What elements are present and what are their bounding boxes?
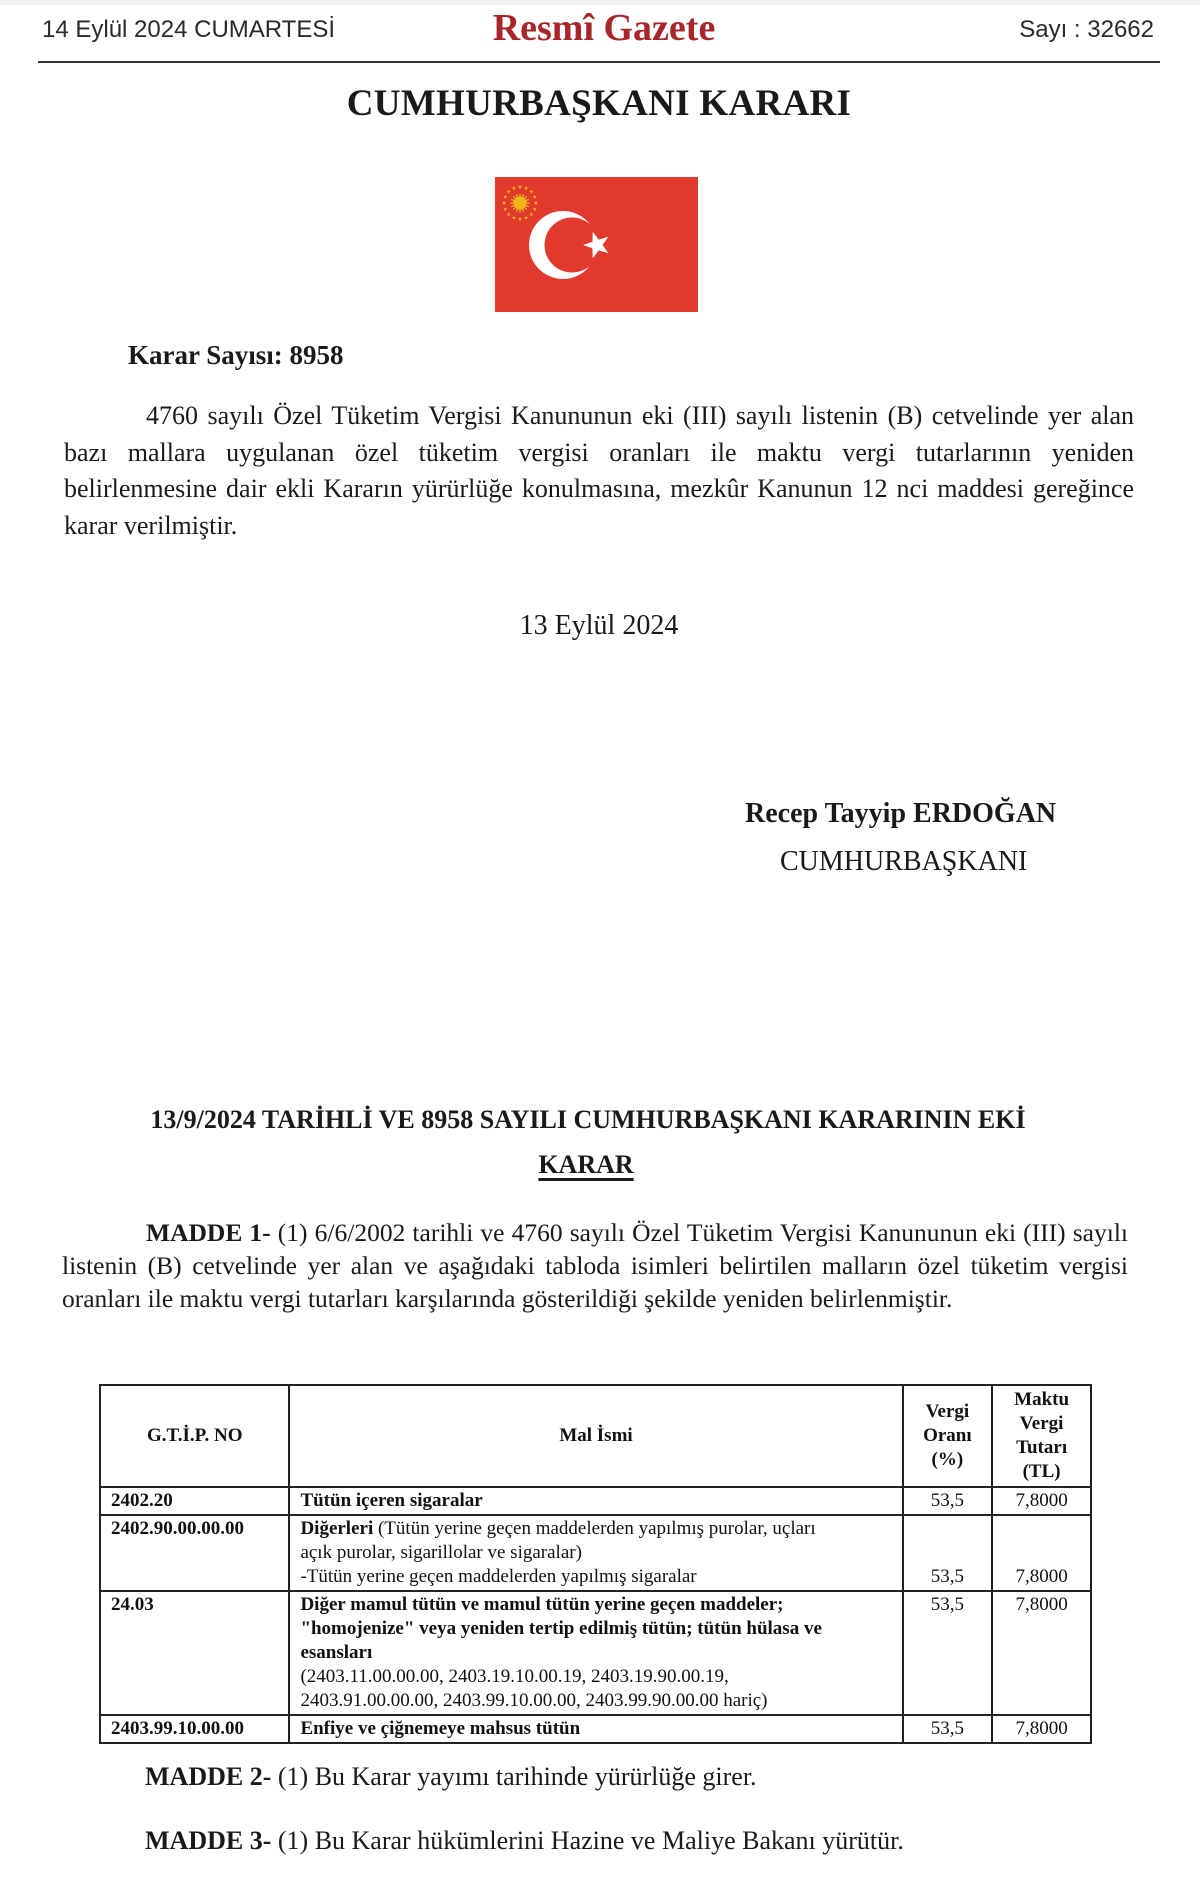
article-1-label: MADDE 1-	[146, 1218, 271, 1247]
cell-mal-ismi: Enfiye ve çiğnemeye mahsus tütün	[289, 1715, 902, 1743]
header-maktu-line: Vergi	[997, 1412, 1086, 1436]
table-header-row: G.T.İ.P. NO Mal İsmi Vergi Oranı (%) Mak…	[100, 1385, 1091, 1487]
cell-maktu: 7,8000	[992, 1715, 1091, 1743]
annex-title: 13/9/2024 TARİHLİ VE 8958 SAYILI CUMHURB…	[0, 1105, 1176, 1135]
article-2-label: MADDE 2-	[145, 1762, 271, 1791]
cell-gtip: 2402.90.00.00.00	[100, 1515, 289, 1591]
cell-maktu: 7,8000	[992, 1591, 1091, 1715]
cell-gtip: 2402.20	[100, 1487, 289, 1515]
article-2: MADDE 2- (1) Bu Karar yayımı tarihinde y…	[145, 1762, 757, 1792]
tax-rates-table: G.T.İ.P. NO Mal İsmi Vergi Oranı (%) Mak…	[99, 1384, 1092, 1744]
signatory-title: CUMHURBAŞKANI	[780, 846, 1027, 878]
cell-mal-ismi-bold: Tütün içeren sigaralar	[300, 1490, 482, 1511]
cell-gtip: 2403.99.10.00.00	[100, 1715, 289, 1743]
issue-number: Sayı : 32662	[1019, 16, 1154, 44]
article-1: MADDE 1- (1) 6/6/2002 tarihli ve 4760 sa…	[62, 1216, 1128, 1315]
cell-mal-ismi-bold: Diğerleri	[300, 1518, 373, 1539]
table-row: 2402.20 Tütün içeren sigaralar 53,5 7,80…	[100, 1487, 1091, 1515]
cell-maktu: 7,8000	[992, 1515, 1091, 1591]
cell-vergi-orani: 53,5	[903, 1487, 993, 1515]
table-row: 2403.99.10.00.00 Enfiye ve çiğnemeye mah…	[100, 1715, 1091, 1743]
cell-mal-ismi-subitem: -Tütün yerine geçen maddelerden yapılmış…	[300, 1565, 891, 1589]
header-vergi-orani: Vergi Oranı (%)	[903, 1385, 993, 1487]
cell-mal-ismi-main: Diğerleri (Tütün yerine geçen maddelerde…	[300, 1517, 891, 1565]
cell-mal-ismi-bold: Enfiye ve çiğnemeye mahsus tütün	[300, 1718, 580, 1739]
cell-mal-ismi: Diğer mamul tütün ve mamul tütün yerine …	[289, 1591, 902, 1715]
article-2-text: (1) Bu Karar yayımı tarihinde yürürlüğe …	[271, 1762, 756, 1791]
top-strip	[0, 0, 1200, 5]
cell-mal-ismi-bold: Diğer mamul tütün ve mamul tütün yerine …	[300, 1594, 821, 1663]
decision-number: Karar Sayısı: 8958	[128, 340, 344, 371]
cell-mal-ismi-rest: (Tütün yerine geçen maddelerden yapılmış…	[300, 1518, 815, 1563]
header-maktu-line: (TL)	[997, 1460, 1086, 1484]
cell-gtip: 24.03	[100, 1591, 289, 1715]
header-maktu-line: Tutarı	[997, 1436, 1086, 1460]
turkish-presidential-flag-icon	[495, 177, 698, 312]
table-row: 24.03 Diğer mamul tütün ve mamul tütün y…	[100, 1591, 1091, 1715]
cell-maktu: 7,8000	[992, 1487, 1091, 1515]
cell-mal-ismi: Diğerleri (Tütün yerine geçen maddelerde…	[289, 1515, 902, 1591]
cell-vergi-orani: 53,5	[903, 1715, 993, 1743]
header-vergi-orani-line: Vergi	[908, 1400, 988, 1424]
document-title: CUMHURBAŞKANI KARARI	[0, 82, 1198, 125]
header-divider	[38, 61, 1160, 63]
header-vergi-orani-line: Oranı	[908, 1424, 988, 1448]
table-row: 2402.90.00.00.00 Diğerleri (Tütün yerine…	[100, 1515, 1091, 1591]
article-3: MADDE 3- (1) Bu Karar hükümlerini Hazine…	[145, 1826, 904, 1856]
header-mal-ismi: Mal İsmi	[289, 1385, 902, 1487]
cell-vergi-orani: 53,5	[903, 1591, 993, 1715]
signatory-name: Recep Tayyip ERDOĞAN	[745, 798, 1056, 830]
article-3-text: (1) Bu Karar hükümlerini Hazine ve Maliy…	[271, 1826, 903, 1855]
header-gtip: G.T.İ.P. NO	[100, 1385, 289, 1487]
header-maktu-line: Maktu	[997, 1388, 1086, 1412]
article-3-label: MADDE 3-	[145, 1826, 271, 1855]
decision-date: 13 Eylül 2024	[0, 610, 1198, 642]
cell-mal-ismi: Tütün içeren sigaralar	[289, 1487, 902, 1515]
annex-subtitle: KARAR	[0, 1150, 1172, 1180]
cell-mal-ismi-exceptions: (2403.11.00.00.00, 2403.19.10.00.19, 240…	[300, 1665, 891, 1713]
intro-paragraph: 4760 sayılı Özel Tüketim Vergisi Kanunun…	[64, 398, 1134, 544]
cell-vergi-orani: 53,5	[903, 1515, 993, 1591]
header-maktu-vergi: Maktu Vergi Tutarı (TL)	[992, 1385, 1091, 1487]
cell-mal-ismi-main: Diğer mamul tütün ve mamul tütün yerine …	[300, 1593, 891, 1665]
header-vergi-orani-line: (%)	[908, 1448, 988, 1472]
